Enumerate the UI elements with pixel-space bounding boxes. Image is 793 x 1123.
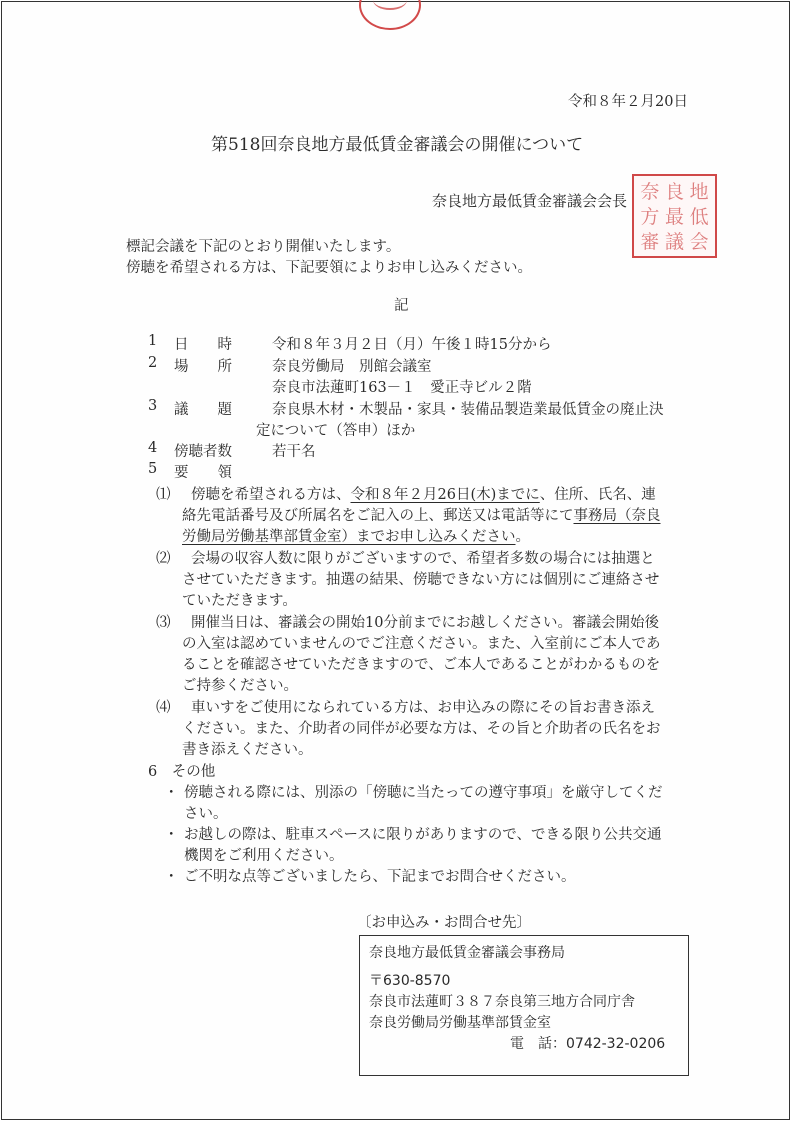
item-3-num: 3 (148, 398, 157, 414)
contact-address: 奈良市法蓮町３８７奈良第三地方合同庁舎 (369, 991, 635, 1011)
bullet-icon: ・ (164, 781, 179, 802)
other-bullet-1-line-1: 傍聴される際には、別添の「傍聴に当たっての遵守事項」を厳守してくだ (184, 781, 663, 802)
item-1-label: 日 時 (174, 333, 232, 354)
contact-dept: 奈良労働局労働基準部賃金室 (369, 1012, 551, 1032)
bullet-icon: ・ (164, 823, 179, 844)
seal-char: 低 (687, 205, 711, 229)
youryou-2-line-1: 会場の収容人数に限りがございますので、希望者多数の場合には抽選と (191, 547, 655, 568)
document-date: 令和８年２月20日 (568, 90, 688, 111)
item-2-value-2: 奈良市法蓮町163－１ 愛正寺ビル２階 (272, 376, 532, 397)
item-1-value: 令和８年３月２日（月）午後１時15分から (272, 333, 551, 354)
youryou-3-num: ⑶ (156, 611, 171, 632)
contact-box: 奈良地方最低賃金審議会事務局 〒630-8570 奈良市法蓮町３８７奈良第三地方… (359, 935, 689, 1076)
item-2-num: 2 (148, 355, 157, 371)
youryou-1-line-3: 労働局労働基準部賃金室）までお申し込みください。 (182, 525, 530, 546)
contact-phone: 電 話：0742-32-0206 (510, 1033, 665, 1053)
text: 傍聴を希望される方は、 (191, 487, 351, 503)
youryou-3-line-1: 開催当日は、審議会の開始10分前までにお越しください。審議会開始後 (191, 611, 659, 632)
text: 、住所、氏名、連 (540, 487, 656, 503)
youryou-1-line-1: 傍聴を希望される方は、令和８年２月26日(木)までに、住所、氏名、連 (191, 483, 656, 504)
issuer-name: 奈良地方最低賃金審議会会長 (432, 190, 627, 211)
other-bullet-2-line-2: 機関をご利用ください。 (184, 844, 344, 865)
youryou-1-line-2: 絡先電話番号及び所属名をご記入の上、郵送又は電話等にて事務局（奈良 (182, 504, 661, 525)
bullet-icon: ・ (164, 865, 179, 886)
youryou-2-line-2: させていただきます。抽選の結果、傍聴できない方には個別にご連絡させ (182, 568, 659, 589)
other-heading: 6 その他 (148, 760, 215, 781)
text: 。 (516, 529, 531, 545)
contact-heading: 〔お申込み・お問合せ先〕 (357, 911, 531, 932)
youryou-2-num: ⑵ (156, 547, 171, 568)
seal-char: 最 (663, 205, 687, 229)
seal-char: 審 (638, 230, 662, 254)
youryou-3-line-2: の入室は認めていませんのでご注意ください。また、入室前にご本人であ (182, 632, 661, 653)
youryou-4-line-2: ください。また、介助者の同伴が必要な方は、その旨と介助者の氏名をお (182, 717, 661, 738)
item-3-label: 議 題 (174, 398, 232, 419)
office-underlined: 労働局労働基準部賃金室）までお申し込みください (182, 529, 516, 545)
intro-line-2: 傍聴を希望される方は、下記要領によりお申し込みください。 (126, 256, 532, 277)
item-5-label: 要 領 (174, 461, 232, 482)
top-seal-stamp-icon (359, 0, 421, 30)
youryou-2-line-3: ていただきます。 (182, 589, 297, 610)
contact-postal: 〒630-8570 (369, 970, 450, 990)
document-page: 令和８年２月20日 第518回奈良地方最低賃金審議会の開催について 奈良地方最低… (1, 1, 790, 1120)
other-bullet-1-line-2: さい。 (184, 802, 228, 823)
youryou-4-line-1: 車いすをご使用になられている方は、お申込みの際にその旨お書き添え (191, 696, 655, 717)
seal-char: 方 (638, 205, 662, 229)
intro-line-1: 標記会議を下記のとおり開催いたします。 (126, 235, 400, 256)
youryou-4-line-3: 書き添えください。 (182, 738, 313, 759)
seal-char: 地 (687, 180, 711, 204)
seal-char: 議 (663, 230, 687, 254)
item-2-value-1: 奈良労働局 別館会議室 (272, 355, 432, 376)
item-4-value: 若干名 (272, 440, 316, 461)
official-seal-stamp-icon: 奈 良 地 方 最 低 審 議 会 (632, 174, 717, 258)
deadline-underlined: 令和８年２月26日(木)までに (351, 487, 540, 503)
text: 絡先電話番号及び所属名をご記入の上、郵送又は電話等にて (182, 508, 574, 524)
item-3-value-2: 定について（答申）ほか (256, 419, 415, 440)
item-4-label: 傍聴者数 (174, 440, 232, 461)
youryou-3-line-3: ることを確認させていただきますので、ご本人であることがわかるものを (182, 653, 660, 674)
item-3-value-1: 奈良県木材・木製品・家具・装備品製造業最低賃金の廃止決 (272, 398, 664, 419)
item-2-label: 場 所 (174, 355, 232, 376)
other-bullet-2-line-1: お越しの際は、駐車スペースに限りがありますので、できる限り公共交通 (184, 823, 661, 844)
seal-char: 良 (663, 180, 687, 204)
document-title: 第518回奈良地方最低賃金審議会の開催について (211, 130, 583, 155)
other-bullet-3-line-1: ご不明な点等ございましたら、下記までお問合せください。 (184, 865, 576, 886)
seal-char: 会 (687, 230, 711, 254)
contact-org: 奈良地方最低賃金審議会事務局 (369, 942, 565, 962)
youryou-4-num: ⑷ (156, 696, 171, 717)
item-1-num: 1 (148, 333, 157, 349)
ki-heading: 記 (394, 294, 409, 315)
youryou-3-line-4: ご持参ください。 (182, 674, 298, 695)
item-4-num: 4 (148, 440, 157, 456)
item-5-num: 5 (148, 461, 157, 477)
office-underlined: 事務局（奈良 (574, 508, 661, 524)
seal-char: 奈 (638, 180, 662, 204)
youryou-1-num: ⑴ (156, 483, 171, 504)
